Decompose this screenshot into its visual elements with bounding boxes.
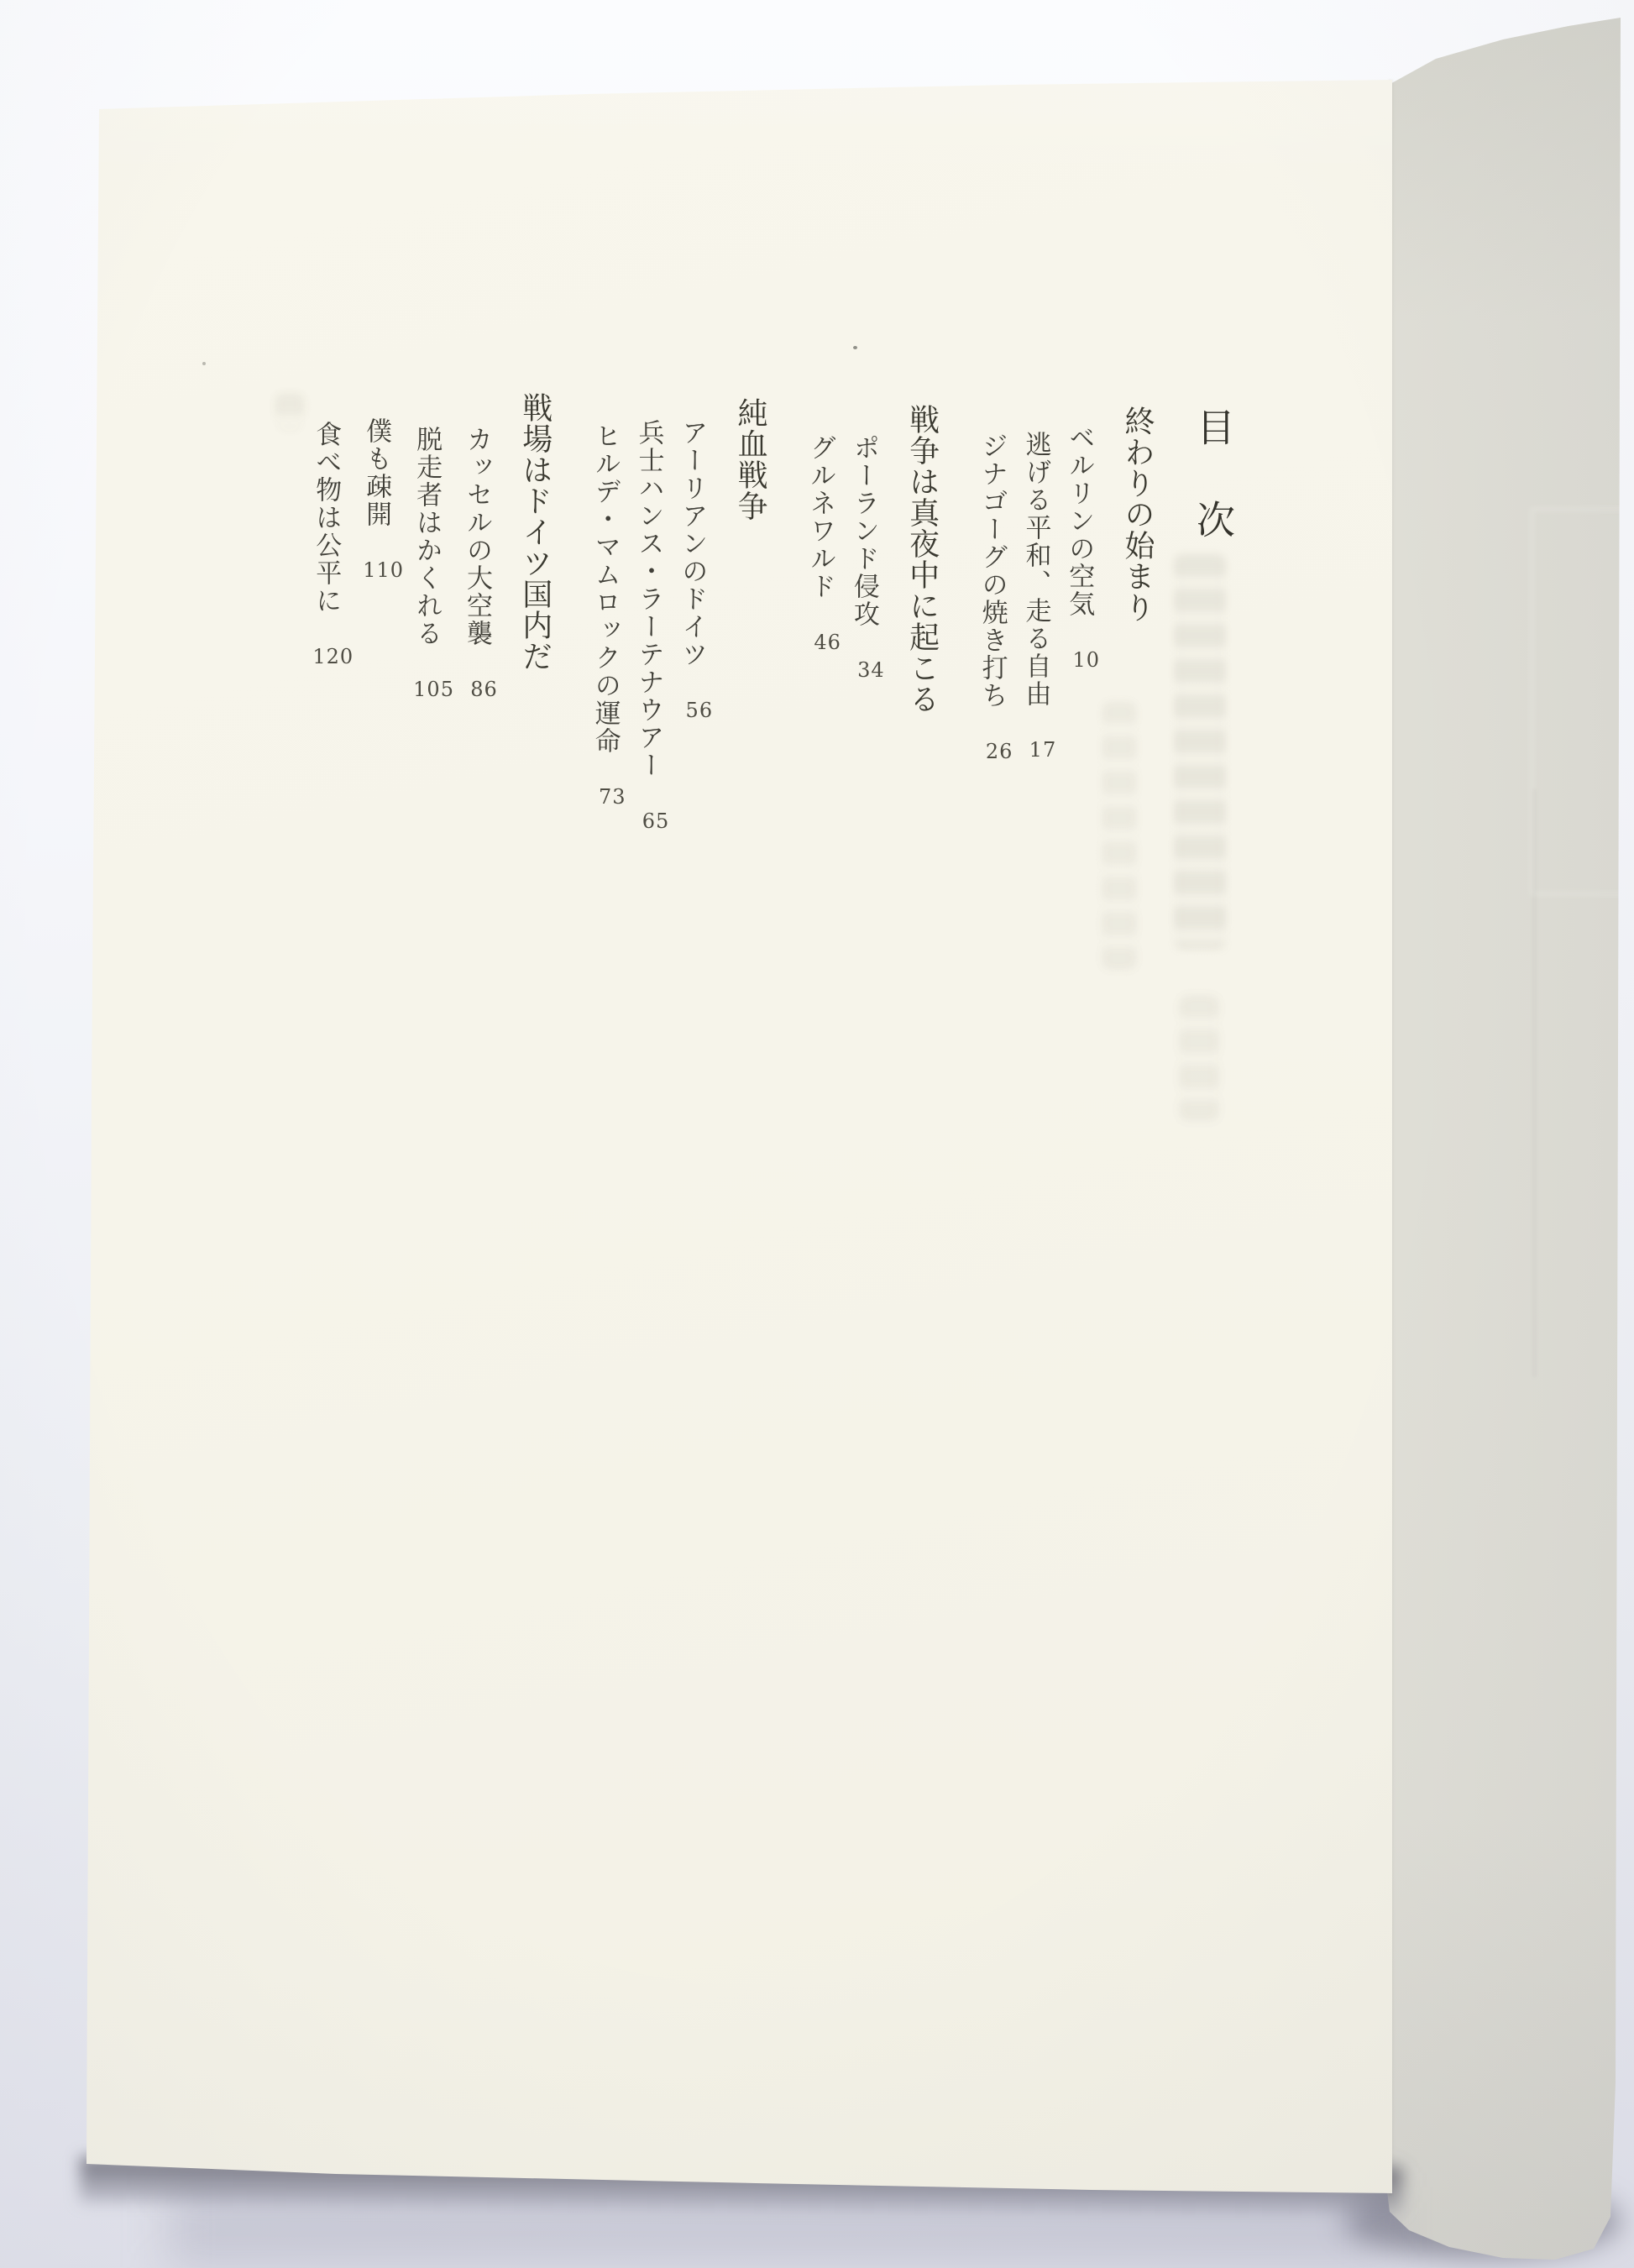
toc-entry-page-number: 26 [986,741,1013,762]
toc-entry-page-number: 110 [363,560,404,580]
toc-entry-label: 脱走者はかくれる [411,426,442,647]
toc-entry-label: ジナゴーグの焼き打ち [977,432,1008,710]
page-crease [1533,789,1536,1377]
toc-entry: カッセルの大空襲86 [463,426,498,928]
toc-entry-page-number: 10 [1072,650,1100,670]
page-title: 目次 [1194,407,1233,928]
toc-entry-label: ヒルデ・マムロックの運命 [590,422,621,755]
toc-section-heading: 戦争は真夜中に起こる [907,404,937,928]
toc-entry-page-number: 65 [642,811,670,831]
toc-entry-page-number: 120 [312,647,354,667]
toc-entry-label: グルネワルド [805,434,835,600]
toc-entry-page-number: 46 [814,632,841,652]
toc-entry-page-number: 105 [413,679,454,699]
toc-entry-page-number: 86 [470,679,498,699]
book-photo: 目次 終わりの始まり ベルリンの空気10 逃げる平和、走る自由17 ジナゴーグの… [0,0,1634,2268]
toc-section-heading-text: 終わりの始まり [1120,406,1155,623]
toc-entry-page-number: 56 [686,700,714,720]
toc-entry: ベルリンの空気10 [1066,424,1100,928]
toc-section-heading-text: 純血戦争 [733,397,767,521]
toc-section-heading-text: 戦争は真夜中に起こる [905,404,940,715]
dust-speck [853,346,857,349]
toc-entry: 逃げる平和、走る自由17 [1022,431,1056,928]
toc-section-heading-text: 戦場はドイツ国内だ [518,392,553,672]
toc-section-heading: 戦場はドイツ国内だ [520,392,550,928]
show-through-text-smudge [1179,995,1219,1121]
table-of-contents-page [0,0,1634,2268]
toc-entry: 脱走者はかくれる105 [413,426,454,928]
toc-entry-page-number: 17 [1029,740,1057,760]
page-shadow-soft [168,2187,1385,2267]
toc-entry-label: 食べ物は公平に [311,421,341,615]
show-through-box [1531,508,1630,895]
toc-entry: ジナゴーグの焼き打ち26 [979,432,1013,928]
toc-text-block: 目次 終わりの始まり ベルリンの空気10 逃げる平和、走る自由17 ジナゴーグの… [264,390,1233,928]
toc-entry-label: アーリアンのドイツ [677,419,707,668]
page-title-text: 目次 [1191,407,1236,592]
toc-entry-label: ベルリンの空気 [1064,424,1094,618]
toc-entry: 僕も疎開110 [363,417,404,928]
toc-entry-label: 兵士ハンス・ラーテナウアー [634,419,664,779]
toc-entry: 食べ物は公平に120 [312,421,354,928]
toc-entry: ポーランド侵攻34 [851,434,885,928]
toc-entry-label: ポーランド侵攻 [849,434,879,628]
dust-speck [202,362,206,365]
toc-entry: アーリアンのドイツ56 [678,419,713,928]
toc-section-heading: 純血戦争 [735,397,765,928]
toc-entry: ヒルデ・マムロックの運命73 [592,422,626,928]
toc-entry-label: カッセルの大空襲 [462,426,492,647]
toc-entry: 兵士ハンス・ラーテナウアー65 [636,419,670,928]
toc-entry-page-number: 73 [599,787,626,807]
toc-entry: グルネワルド46 [807,434,841,928]
toc-entry-label: 逃げる平和、走る自由 [1020,431,1050,708]
toc-entry-label: 僕も疎開 [361,417,391,528]
toc-section-heading: 終わりの始まり [1122,406,1152,928]
toc-entry-page-number: 34 [857,660,885,680]
